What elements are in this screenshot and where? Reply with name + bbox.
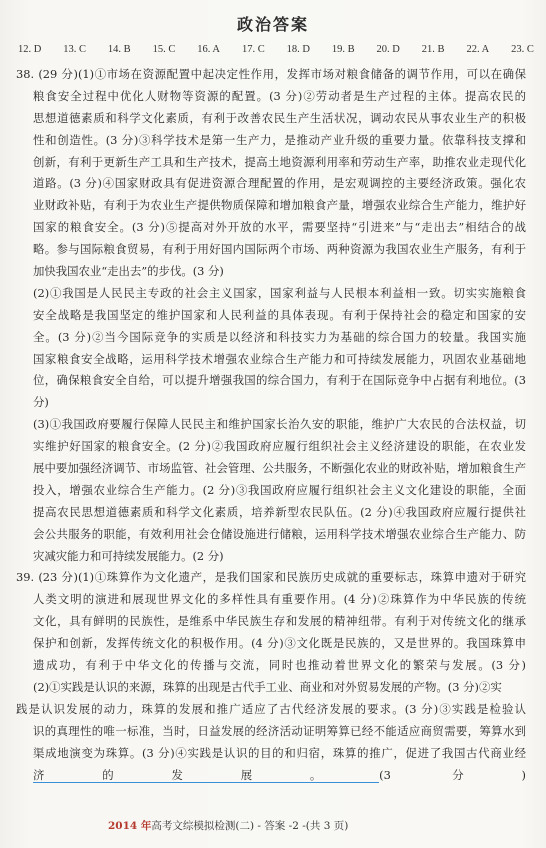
text-line: 粮食安全过程中优化人财物等资源的配置。(3 分)②劳动者是生产过程的主体。提高农… [16,86,526,108]
text-line: 全。(3 分)②当今国际竞争的实质是以经济和科技实力为基础的综合国力的较量。我国… [16,327,526,349]
page-title: 政治答案 [0,12,546,35]
text-line: 分) [16,392,526,414]
text-line: 创新，有利于更新生产工具和生产技术，提高土地资源利用率和劳动生产率，助推农业走现… [16,152,526,174]
mc-answer: 22. A [466,44,489,55]
mc-answer: 18. D [287,44,310,55]
mc-answer: 12. D [18,44,41,55]
text-line: 识的真理性的唯一标准，当时，日益发展的经济活动证明筹算已经不能适应商贸需要，筹算… [16,721,526,743]
text-line: 国家粮食安全战略，运用科学技术增强农业综合生产能力和可持续发展能力，巩固农业基础… [16,349,526,371]
text-line: 性和创造性。(3 分)③科学技术是第一生产力，是推动产业升级的重要力量。依靠科技… [16,130,526,152]
mc-answer: 23. C [511,44,534,55]
footer-text: 高考文综模拟检测(二) - 答案 -2 -(共 3 页) [151,820,348,832]
mc-answer: 13. C [63,44,86,55]
text-line: 位，确保粮食安全自给，可以提升增强我国的综合国力，有利于在国际竞争中占据有利地位… [16,370,526,392]
document-page: 政治答案 12. D13. C14. B15. C16. A17. C18. D… [0,0,546,848]
text-line: 渠成地演变为珠算。(3 分)④实践是认识的目的和归宿，珠算的推广，促进了我国古代… [16,743,526,765]
text-line: 济的发展。(3 分) [16,765,526,787]
mc-answer: 19. B [332,44,355,55]
mc-answer: 16. A [197,44,220,55]
text-line: 国家的粮食安全。(3 分)⑤提高对外开放的水平，需要坚持“引进来”与“走出去”相… [16,217,526,239]
text-line: 文化，具有鲜明的民族性，是维系中华民族生存和发展的精神纽带。有利于对传统文化的继… [16,611,526,633]
text-line: (2)①实践是认识的来源，珠算的出现是古代手工业、商业和对外贸易发展的产物。(3… [16,677,526,699]
text-line: 灾减灾能力和可持续发展能力。(2 分) [16,546,526,568]
text-line: (2)①我国是人民民主专政的社会主义国家，国家利益与人民根本利益相一致。切实实施… [16,283,526,305]
mc-answer: 20. D [377,44,400,55]
text-line: 遗成功，有利于中华文化的传播与交流，同时也推动着世界文化的繁荣与发展。(3 分) [16,655,526,677]
text-line: 加快我国农业“走出去”的步伐。(3 分) [16,261,526,283]
text-line: 人类文明的演进和展现世界文化的多样性具有重要作用。(4 分)②珠算作为中华民族的… [16,589,526,611]
mc-answer: 21. B [422,44,445,55]
page-footer: 2014 年高考文综模拟检测(二) - 答案 -2 -(共 3 页) [108,818,348,833]
text-line: 实维护好国家的粮食安全。(2 分)②我国政府应履行组织社会主义经济建设的职能，在… [16,436,526,458]
text-line: 略。参与国际粮食贸易，有利于用好国内国际两个市场、两种资源为我国农业生产服务，有… [16,239,526,261]
multiple-choice-answers: 12. D13. C14. B15. C16. A17. C18. D19. B… [18,44,534,55]
text-line: 38. (29 分)(1)①市场在资源配置中起决定性作用，发挥市场对粮食储备的调… [16,64,526,86]
text-line: 39. (23 分)(1)①珠算作为文化遗产，是我们国家和民族历史成就的重要标志… [16,567,526,589]
answer-body: 38. (29 分)(1)①市场在资源配置中起决定性作用，发挥市场对粮食储备的调… [16,64,526,786]
footer-year: 2014 年 [108,820,151,832]
mc-answer: 14. B [108,44,131,55]
text-line: 业财政补贴，有利于为农业生产提供物质保障和增加粮食产量，增强农业综合生产能力，维… [16,195,526,217]
text-line: 提高农民思想道德素质和科学文化素质，培养新型农民队伍。(2 分)④我国政府应履行… [16,502,526,524]
text-line: 践是认识发展的动力，珠算的发展和推广适应了古代经济发展的要求。(3 分)③实践是… [16,699,526,721]
text-line: 会公共服务的职能，有效利用社会仓储设施进行储粮，运用科学技术增强农业综合生产能力… [16,524,526,546]
text-line: 思想道德素质和科学文化素质，有利于改善农民生产生活状况，调动农民从事农业生产的积… [16,108,526,130]
text-line: (3)①我国政府要履行保障人民民主和维护国家长治久安的职能，维护广大农民的合法权… [16,414,526,436]
text-line: 投入，增强农业综合生产能力。(2 分)③我国政府应履行组织社会主义文化建设的职能… [16,480,526,502]
text-line: 展中要加强经济调节、市场监管、社会管理、公共服务，不断强化农业的财政补贴，增加粮… [16,458,526,480]
text-line: 安全战略是我国坚定的维护国家和人民利益的具体表现。有利于保持社会的稳定和国家的安 [16,305,526,327]
text-line: 道路。(3 分)④国家财政具有促进资源合理配置的作用，是宏观调控的主要经济政策。… [16,173,526,195]
text-line: 保护和创新，发挥传统文化的积极作用。(4 分)③文化既是民族的，又是世界的。我国… [16,633,526,655]
mc-answer: 17. C [242,44,265,55]
underlined-text: 济的发展。 [33,768,379,783]
mc-answer: 15. C [153,44,176,55]
